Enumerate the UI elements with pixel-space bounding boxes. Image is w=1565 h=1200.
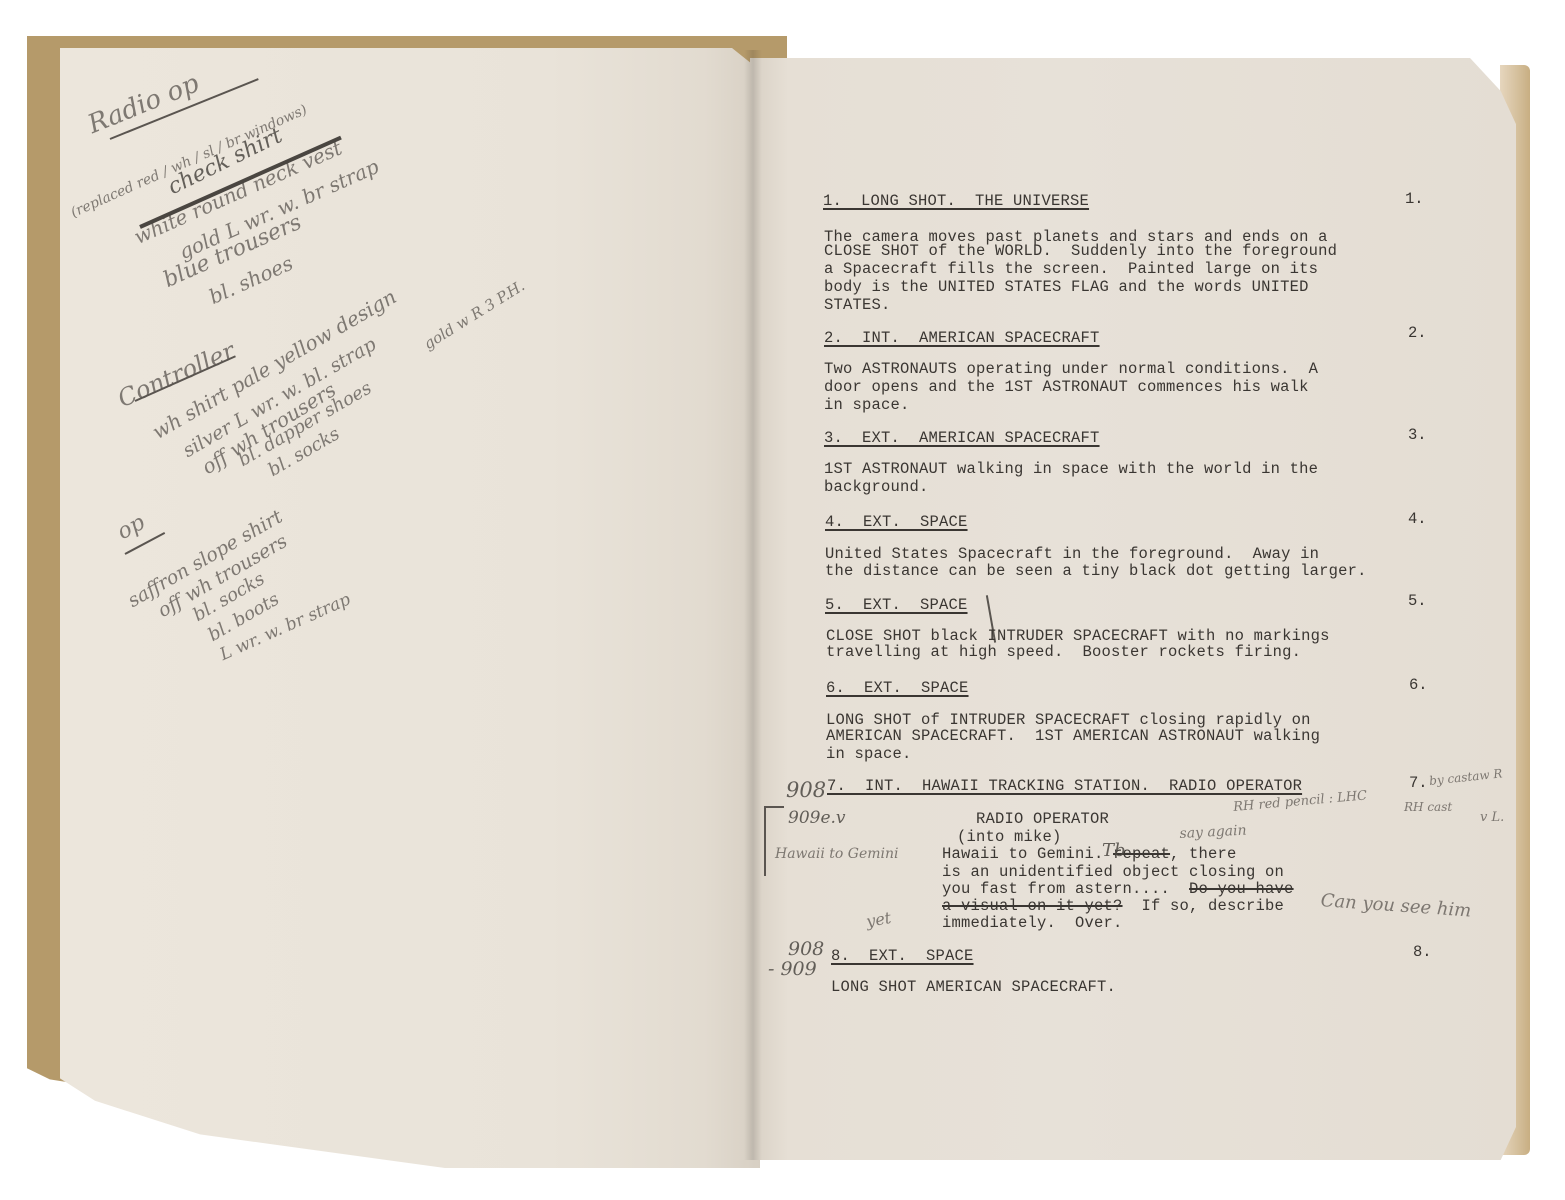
insert-note: Tb bbox=[1102, 840, 1126, 861]
scene-body-line: 1ST ASTRONAUT walking in space with the … bbox=[824, 461, 1318, 479]
scene-heading: 7. INT. HAWAII TRACKING STATION. RADIO O… bbox=[827, 778, 1302, 796]
dialogue-line: is an unidentified object closing on bbox=[942, 864, 1284, 882]
scene-body-line: body is the UNITED STATES FLAG and the w… bbox=[824, 279, 1309, 297]
scene-heading: 2. INT. AMERICAN SPACECRAFT bbox=[824, 330, 1100, 348]
scene-heading: 8. EXT. SPACE bbox=[831, 948, 974, 966]
dialogue-line: you fast from astern.... Do you have bbox=[942, 881, 1294, 899]
direction-note: RH cast bbox=[1404, 800, 1452, 814]
scene-heading: 5. EXT. SPACE bbox=[825, 597, 968, 615]
scene-number: 5. bbox=[1408, 592, 1427, 610]
scene-body-line: in space. bbox=[824, 397, 910, 415]
character-name: RADIO OPERATOR bbox=[976, 811, 1109, 829]
scene-body-line: travelling at high speed. Booster rocket… bbox=[826, 644, 1301, 662]
bracket-mark bbox=[764, 806, 766, 876]
scene-body-line: Two ASTRONAUTS operating under normal co… bbox=[824, 361, 1318, 379]
margin-note: 909e.v bbox=[788, 808, 846, 828]
scene-body-line: CLOSE SHOT of the WORLD. Suddenly into t… bbox=[824, 243, 1337, 261]
scene-heading: 3. EXT. AMERICAN SPACECRAFT bbox=[824, 430, 1100, 448]
scene-number: 1. bbox=[1405, 190, 1424, 208]
scene-body-line: AMERICAN SPACECRAFT. 1ST AMERICAN ASTRON… bbox=[826, 728, 1320, 746]
dialogue-line: immediately. Over. bbox=[942, 915, 1123, 933]
margin-note: Hawaii to Gemini bbox=[775, 846, 899, 862]
scene-body-line: door opens and the 1ST ASTRONAUT commenc… bbox=[824, 379, 1309, 397]
scene-heading: 4. EXT. SPACE bbox=[825, 514, 968, 532]
parenthetical: (into mike) bbox=[957, 829, 1062, 847]
scene-number: 3. bbox=[1408, 426, 1427, 444]
direction-note: v L. bbox=[1480, 810, 1504, 825]
scene-body-line: in space. bbox=[826, 746, 912, 764]
bracket-mark bbox=[764, 806, 784, 808]
scene-body-line: LONG SHOT AMERICAN SPACECRAFT. bbox=[831, 979, 1116, 997]
scene-body-line: the distance can be seen a tiny black do… bbox=[825, 563, 1367, 581]
scene-body-line: STATES. bbox=[824, 297, 891, 315]
margin-note: - 909 bbox=[768, 958, 817, 980]
scene-heading: 1. LONG SHOT. THE UNIVERSE bbox=[823, 193, 1089, 211]
scene-number: 2. bbox=[1408, 324, 1427, 342]
scene-body-line: background. bbox=[824, 479, 929, 497]
book-gutter bbox=[744, 50, 762, 1160]
scene-number: 6. bbox=[1409, 676, 1428, 694]
dialogue-line: a visual on it yet? If so, describe bbox=[942, 898, 1284, 916]
scene-number: 7. bbox=[1409, 774, 1428, 792]
dialogue-line: Hawaii to Gemini. repeat, there bbox=[942, 846, 1237, 864]
scene-number: 8. bbox=[1413, 943, 1432, 961]
scene-body-line: United States Spacecraft in the foregrou… bbox=[825, 546, 1319, 564]
scene-heading: 6. EXT. SPACE bbox=[826, 680, 969, 698]
scene-number: 4. bbox=[1408, 510, 1427, 528]
margin-note: 908 bbox=[786, 778, 826, 802]
margin-note: 908 bbox=[788, 938, 824, 960]
scene-body-line: a Spacecraft fills the screen. Painted l… bbox=[824, 261, 1318, 279]
